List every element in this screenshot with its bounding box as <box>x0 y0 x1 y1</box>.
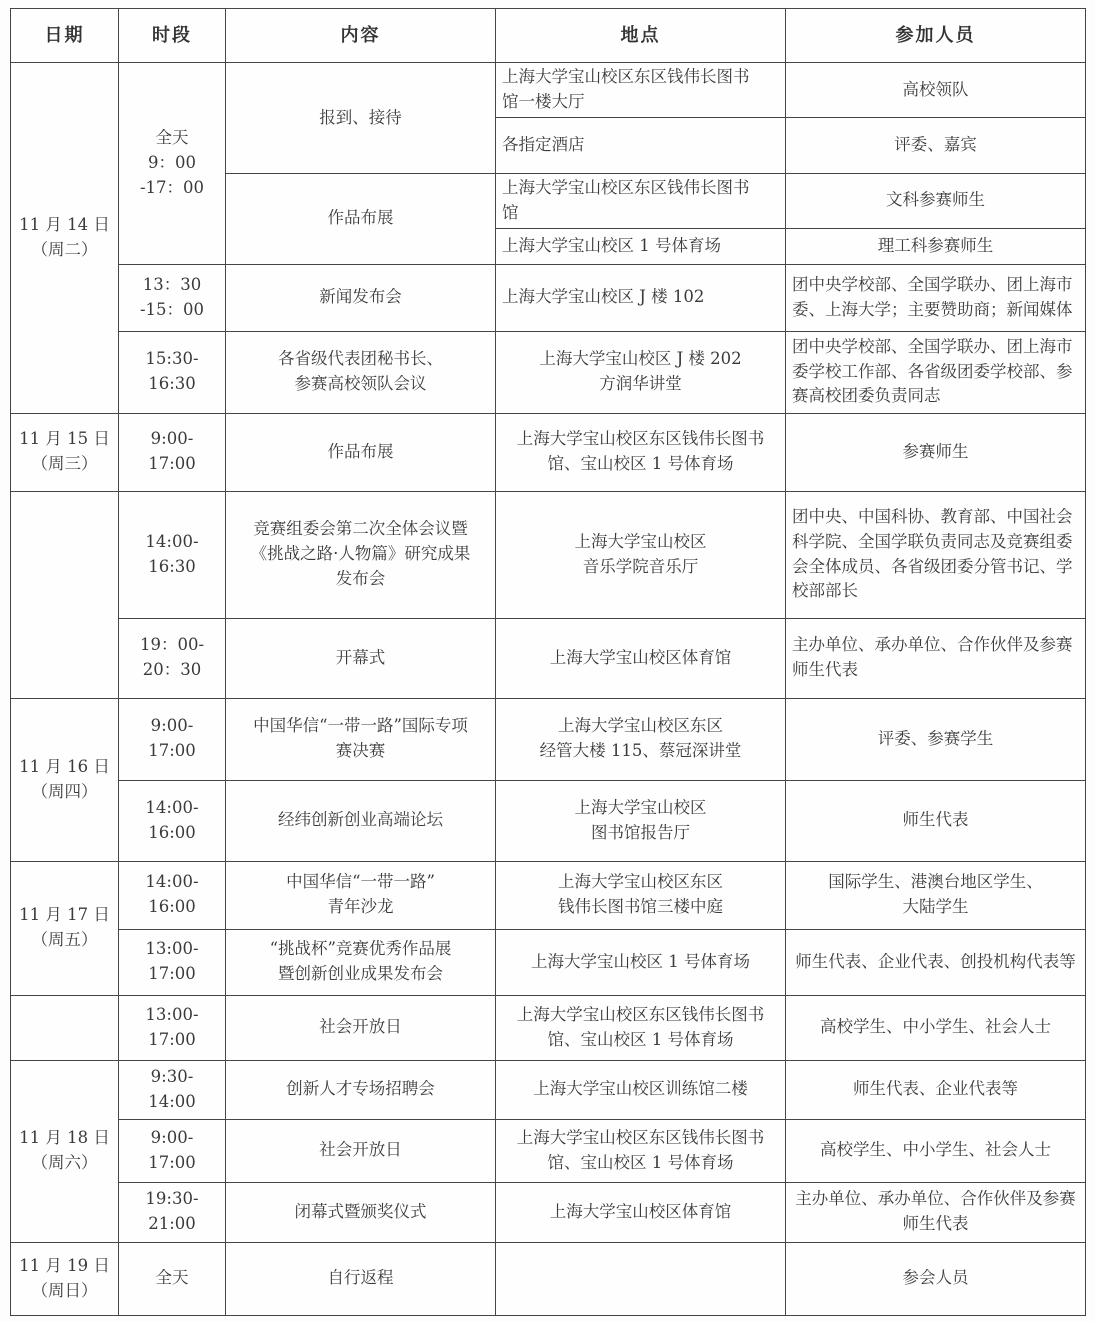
time-cell: 9:00- 17:00 <box>119 698 226 780</box>
header-row: 日期 时段 内容 地点 参加人员 <box>11 9 1086 63</box>
location-cell: 上海大学宝山校区体育馆 <box>496 1182 786 1242</box>
time-cell: 13:00- 17:00 <box>119 929 226 995</box>
header-content: 内容 <box>226 9 496 63</box>
table-row: 13:00- 17:00 “挑战杯”竞赛优秀作品展 暨创新创业成果发布会 上海大… <box>11 929 1086 995</box>
content-cell: 社会开放日 <box>226 995 496 1060</box>
participants-cell: 团中央、中国科协、教育部、中国社会 科学院、全国学联负责同志及竞赛组委 会全体成… <box>786 491 1086 618</box>
content-cell: 竞赛组委会第二次全体会议暨 《挑战之路·人物篇》研究成果 发布会 <box>226 491 496 618</box>
location-cell: 上海大学宝山校区 1 号体育场 <box>496 228 786 264</box>
content-cell: 经纬创新创业高端论坛 <box>226 780 496 861</box>
time-cell: 19:30- 21:00 <box>119 1182 226 1242</box>
location-cell: 上海大学宝山校区训练馆二楼 <box>496 1060 786 1119</box>
location-cell: 上海大学宝山校区东区钱伟长图书 馆、宝山校区 1 号体育场 <box>496 995 786 1060</box>
table-row: 14:00- 16:30 竞赛组委会第二次全体会议暨 《挑战之路·人物篇》研究成… <box>11 491 1086 618</box>
content-cell: 开幕式 <box>226 618 496 698</box>
content-cell: 自行返程 <box>226 1242 496 1315</box>
content-cell: 闭幕式暨颁奖仪式 <box>226 1182 496 1242</box>
table-row: 11 月 18 日 （周六） 9:30- 14:00 创新人才专场招聘会 上海大… <box>11 1060 1086 1119</box>
table-row: 11 月 15 日 （周三） 9:00- 17:00 作品布展 上海大学宝山校区… <box>11 413 1086 491</box>
date-cell: 11 月 16 日 （周四） <box>11 698 119 861</box>
location-cell: 上海大学宝山校区 图书馆报告厅 <box>496 780 786 861</box>
schedule-table-container: 日期 时段 内容 地点 参加人员 11 月 14 日 （周二） 全天 9：00 … <box>10 8 1086 1316</box>
location-cell: 上海大学宝山校区东区钱伟长图书 馆 <box>496 174 786 229</box>
table-row: 11 月 17 日 （周五） 14:00- 16:00 中国华信“一带一路” 青… <box>11 861 1086 929</box>
date-cell <box>11 491 119 698</box>
participants-cell: 评委、参赛学生 <box>786 698 1086 780</box>
table-row: 11 月 16 日 （周四） 9:00- 17:00 中国华信“一带一路”国际专… <box>11 698 1086 780</box>
table-row: 13：30 -15：00 新闻发布会 上海大学宝山校区 J 楼 102 团中央学… <box>11 264 1086 331</box>
date-cell: 11 月 18 日 （周六） <box>11 1060 119 1242</box>
time-cell: 14:00- 16:30 <box>119 491 226 618</box>
location-cell: 上海大学宝山校区 J 楼 202 方润华讲堂 <box>496 331 786 413</box>
content-cell: 创新人才专场招聘会 <box>226 1060 496 1119</box>
content-cell: 新闻发布会 <box>226 264 496 331</box>
table-row: 19:30- 21:00 闭幕式暨颁奖仪式 上海大学宝山校区体育馆 主办单位、承… <box>11 1182 1086 1242</box>
time-cell: 13:00- 17:00 <box>119 995 226 1060</box>
participants-cell: 团中央学校部、全国学联办、团上海市 委、上海大学；主要赞助商；新闻媒体 <box>786 264 1086 331</box>
date-cell: 11 月 17 日 （周五） <box>11 861 119 995</box>
time-cell: 14:00- 16:00 <box>119 780 226 861</box>
content-cell: 中国华信“一带一路”国际专项 赛决赛 <box>226 698 496 780</box>
content-cell: 作品布展 <box>226 413 496 491</box>
header-date: 日期 <box>11 9 119 63</box>
date-cell: 11 月 15 日 （周三） <box>11 413 119 491</box>
time-cell: 9:00- 17:00 <box>119 1119 226 1182</box>
content-cell: 社会开放日 <box>226 1119 496 1182</box>
location-cell: 上海大学宝山校区东区 钱伟长图书馆三楼中庭 <box>496 861 786 929</box>
table-row: 9:00- 17:00 社会开放日 上海大学宝山校区东区钱伟长图书 馆、宝山校区… <box>11 1119 1086 1182</box>
table-row: 11 月 19 日 （周日） 全天 自行返程 参会人员 <box>11 1242 1086 1315</box>
location-cell <box>496 1242 786 1315</box>
location-cell: 上海大学宝山校区东区 经管大楼 115、蔡冠深讲堂 <box>496 698 786 780</box>
time-cell: 19：00- 20：30 <box>119 618 226 698</box>
location-cell: 上海大学宝山校区东区钱伟长图书 馆一楼大厅 <box>496 63 786 118</box>
participants-cell: 团中央学校部、全国学联办、团上海市 委学校工作部、各省级团委学校部、参 赛高校团… <box>786 331 1086 413</box>
participants-cell: 参会人员 <box>786 1242 1086 1315</box>
participants-cell: 国际学生、港澳台地区学生、 大陆学生 <box>786 861 1086 929</box>
location-cell: 上海大学宝山校区体育馆 <box>496 618 786 698</box>
content-cell: “挑战杯”竞赛优秀作品展 暨创新创业成果发布会 <box>226 929 496 995</box>
participants-cell: 参赛师生 <box>786 413 1086 491</box>
time-cell: 全天 <box>119 1242 226 1315</box>
time-cell: 14:00- 16:00 <box>119 861 226 929</box>
time-cell: 9:00- 17:00 <box>119 413 226 491</box>
location-cell: 上海大学宝山校区 1 号体育场 <box>496 929 786 995</box>
location-cell: 上海大学宝山校区 音乐学院音乐厅 <box>496 491 786 618</box>
participants-cell: 评委、嘉宾 <box>786 118 1086 174</box>
participants-cell: 高校学生、中小学生、社会人士 <box>786 1119 1086 1182</box>
schedule-table: 日期 时段 内容 地点 参加人员 11 月 14 日 （周二） 全天 9：00 … <box>10 8 1086 1316</box>
time-cell: 15:30- 16:30 <box>119 331 226 413</box>
location-cell: 上海大学宝山校区东区钱伟长图书 馆、宝山校区 1 号体育场 <box>496 1119 786 1182</box>
table-row: 14:00- 16:00 经纬创新创业高端论坛 上海大学宝山校区 图书馆报告厅 … <box>11 780 1086 861</box>
table-row: 13:00- 17:00 社会开放日 上海大学宝山校区东区钱伟长图书 馆、宝山校… <box>11 995 1086 1060</box>
content-cell: 报到、接待 <box>226 63 496 174</box>
participants-cell: 高校领队 <box>786 63 1086 118</box>
content-cell: 中国华信“一带一路” 青年沙龙 <box>226 861 496 929</box>
participants-cell: 文科参赛师生 <box>786 174 1086 229</box>
header-participants: 参加人员 <box>786 9 1086 63</box>
time-cell: 13：30 -15：00 <box>119 264 226 331</box>
time-cell: 9:30- 14:00 <box>119 1060 226 1119</box>
time-cell: 全天 9：00 -17：00 <box>119 63 226 265</box>
date-cell <box>11 995 119 1060</box>
participants-cell: 主办单位、承办单位、合作伙伴及参赛 师生代表 <box>786 618 1086 698</box>
table-row: 11 月 14 日 （周二） 全天 9：00 -17：00 报到、接待 上海大学… <box>11 63 1086 118</box>
date-cell: 11 月 14 日 （周二） <box>11 63 119 414</box>
header-location: 地点 <box>496 9 786 63</box>
participants-cell: 师生代表、企业代表等 <box>786 1060 1086 1119</box>
participants-cell: 师生代表 <box>786 780 1086 861</box>
location-cell: 各指定酒店 <box>496 118 786 174</box>
participants-cell: 师生代表、企业代表、创投机构代表等 <box>786 929 1086 995</box>
date-cell: 11 月 19 日 （周日） <box>11 1242 119 1315</box>
participants-cell: 主办单位、承办单位、合作伙伴及参赛 师生代表 <box>786 1182 1086 1242</box>
content-cell: 作品布展 <box>226 174 496 265</box>
table-row: 15:30- 16:30 各省级代表团秘书长、 参赛高校领队会议 上海大学宝山校… <box>11 331 1086 413</box>
table-row: 19：00- 20：30 开幕式 上海大学宝山校区体育馆 主办单位、承办单位、合… <box>11 618 1086 698</box>
header-time: 时段 <box>119 9 226 63</box>
location-cell: 上海大学宝山校区 J 楼 102 <box>496 264 786 331</box>
location-cell: 上海大学宝山校区东区钱伟长图书 馆、宝山校区 1 号体育场 <box>496 413 786 491</box>
participants-cell: 高校学生、中小学生、社会人士 <box>786 995 1086 1060</box>
content-cell: 各省级代表团秘书长、 参赛高校领队会议 <box>226 331 496 413</box>
participants-cell: 理工科参赛师生 <box>786 228 1086 264</box>
